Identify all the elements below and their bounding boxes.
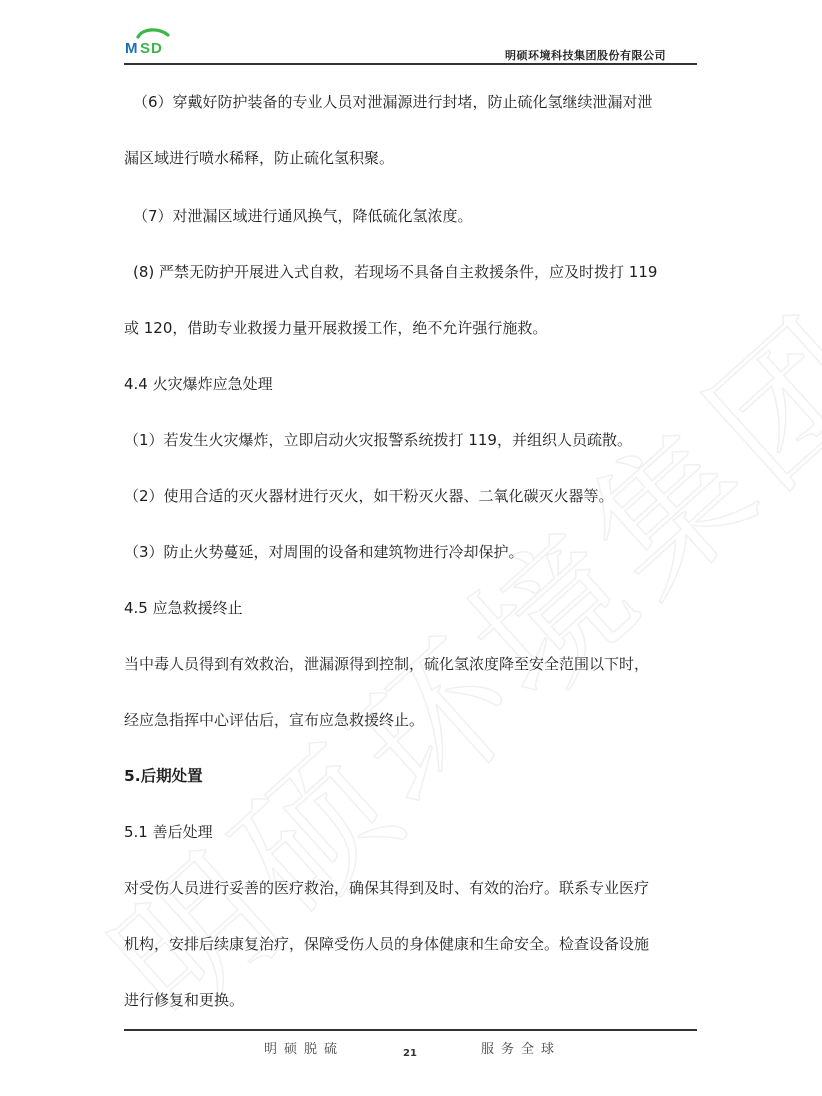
header-divider (124, 63, 697, 65)
paragraph-line-item-8: (8) 严禁无防护开展进入式自救，若现场不具备自主救援条件，应及时拨打 119 (133, 262, 657, 282)
company-logo-icon: M S D (124, 27, 176, 57)
paragraph-line-item-6: （6）穿戴好防护装备的专业人员对泄漏源进行封堵，防止硫化氢继续泄漏对泄 (133, 92, 653, 112)
svg-text:M: M (125, 40, 138, 57)
paragraph-line-fire-1: （1）若发生火灾爆炸，立即启动火灾报警系统拨打 119，并组织人员疏散。 (124, 430, 632, 450)
paragraph-line-aftercare-cont: 机构，安排后续康复治疗，保障受伤人员的身体健康和生命安全。检查设备设施 (124, 934, 649, 954)
paragraph-line-termination-cont: 经应急指挥中心评估后，宣布应急救援终止。 (124, 710, 424, 730)
paragraph-line-aftercare: 对受伤人员进行妥善的医疗救治，确保其得到及时、有效的治疗。联系专业医疗 (124, 878, 649, 898)
page-number: 21 (403, 1048, 417, 1059)
paragraph-line-aftercare-end: 进行修复和更换。 (124, 990, 244, 1010)
paragraph-line-item-6-cont: 漏区域进行喷水稀释，防止硫化氢积聚。 (124, 148, 394, 168)
footer-slogan-right: 服务全球 (481, 1038, 561, 1057)
paragraph-line-termination: 当中毒人员得到有效救治，泄漏源得到控制，硫化氢浓度降至安全范围以下时， (124, 654, 649, 674)
section-heading-4-4: 4.4 火灾爆炸应急处理 (124, 374, 273, 394)
paragraph-line-fire-2: （2）使用合适的灭火器材进行灭火，如干粉灭火器、二氧化碳灭火器等。 (124, 486, 614, 506)
header-company-name: 明硕环境科技集团股份有限公司 (505, 47, 666, 63)
svg-text:S: S (140, 40, 150, 57)
paragraph-line-fire-3: （3）防止火势蔓延，对周围的设备和建筑物进行冷却保护。 (124, 542, 524, 562)
section-heading-4-5: 4.5 应急救援终止 (124, 598, 243, 618)
section-heading-5-1: 5.1 善后处理 (124, 822, 213, 842)
document-page: 明硕环境集团 M S D 明硕环境科技集团股份有限公司 （6）穿戴好防护装备的专… (0, 0, 822, 1096)
svg-text:D: D (151, 40, 162, 57)
chapter-heading-5: 5.后期处置 (124, 766, 203, 786)
paragraph-line-item-8-cont: 或 120，借助专业救援力量开展救援工作，绝不允许强行施救。 (124, 318, 547, 338)
footer-slogan-left: 明硕脱硫 (264, 1038, 344, 1057)
footer-divider (124, 1029, 697, 1031)
paragraph-line-item-7: （7）对泄漏区域进行通风换气，降低硫化氢浓度。 (133, 206, 473, 226)
